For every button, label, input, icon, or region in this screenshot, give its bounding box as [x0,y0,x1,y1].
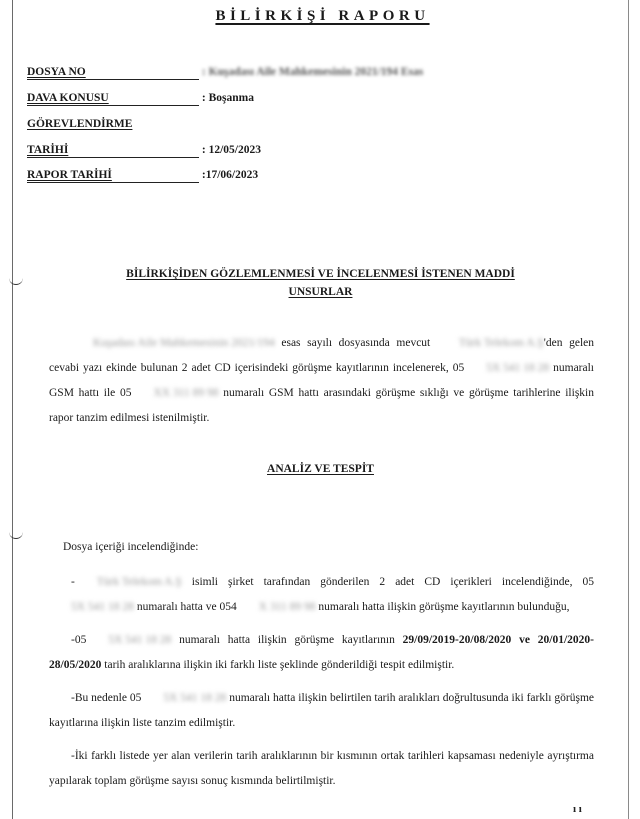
finding-item-2: -055X 541 18 28 numaralı hatta ilişkin g… [49,628,594,678]
redacted-phone: 5X 541 18 28 [141,686,226,711]
field-dosya-no: DOSYA NO : Kuşadası Aile Mahkemesinin 20… [27,64,423,80]
redacted-phone: 5X 541 18 28 [86,628,171,653]
redacted-phone: X 311 89 98 [237,595,316,620]
report-title: BİLİRKİŞİ RAPORU [13,8,628,25]
redacted-company: Türk Telekom A.Ş [75,570,182,595]
field-label: GÖREVLENDİRME [27,117,132,131]
report-title-text: BİLİRKİŞİ RAPORU [211,8,429,24]
field-value-redacted: : Kuşadası Aile Mahkemesinin 2021/194 Es… [202,64,423,80]
field-rapor-tarihi: RAPOR TARİHİ :17/06/2023 [27,167,258,183]
field-value: : Boşanma [202,90,254,106]
finding-item-4: -İki farklı listede yer alan verilerin t… [49,744,594,794]
finding-item-1: -Türk Telekom A.Ş isimli şirket tarafınd… [49,570,594,620]
paragraph-text: -Bu nedenle 05 [71,692,141,704]
paragraph-text: numaralı hatta ve 054 [134,601,237,613]
field-gorevlendirme: GÖREVLENDİRME [27,116,132,132]
redacted-phone: 5X 541 18 28 [464,356,549,381]
paragraph-text: numaralı hatta ilişkin görüşme kayıtları… [171,634,402,646]
paragraph-text: esas sayılı dosyasında mevcut [275,337,437,349]
date-range: 29/09/2019-20/08/2020 [403,634,512,646]
section-heading-materials: BİLİRKİŞİDEN GÖZLEMLENMESİ VE İNCELENMES… [53,265,588,301]
document-page: BİLİRKİŞİ RAPORU DOSYA NO : Kuşadası Ail… [12,0,629,819]
field-label: DOSYA NO [27,65,199,80]
redacted-phone: 5X 541 18 28 [49,595,134,620]
paragraph-text: tarih aralıklarına ilişkin iki farklı li… [101,659,454,671]
finding-item-3: -Bu nedenle 055X 541 18 28 numaralı hatt… [49,686,594,736]
field-label: RAPOR TARİHİ [27,168,199,183]
footer-mark: ı ı [573,803,582,815]
field-value: : 12/05/2023 [202,142,261,158]
section1-paragraph: Kuşadası Aile Mahkemesinin 2021/194 esas… [49,331,594,431]
heading-line: ANALİZ VE TESPİT [267,463,374,475]
intro-line: Dosya içeriği incelendiğinde: [49,535,594,560]
field-tarihi: TARİHİ : 12/05/2023 [27,142,261,158]
heading-line: UNSURLAR [289,286,353,298]
redacted-court: Kuşadası Aile Mahkemesinin 2021/194 [71,331,275,356]
paragraph-text: numaralı hatta ilişkin görüşme kayıtları… [316,601,570,613]
field-dava-konusu: DAVA KONUSU : Boşanma [27,90,254,106]
heading-line: BİLİRKİŞİDEN GÖZLEMLENMESİ VE İNCELENMES… [126,268,515,280]
field-label: TARİHİ [27,143,199,158]
paragraph-text: isimli şirket tarafından gönderilen 2 ad… [182,576,594,588]
paragraph-text: ve [511,634,537,646]
paragraph-text: -05 [71,634,86,646]
field-value: :17/06/2023 [202,167,258,183]
field-label: DAVA KONUSU [27,91,199,106]
section-heading-analysis: ANALİZ VE TESPİT [53,460,588,478]
redacted-company: Türk Telekom A.Ş [437,331,544,356]
redacted-phone: XX 311 89 98 [132,381,219,406]
section2-content: Dosya içeriği incelendiğinde: -Türk Tele… [49,535,594,794]
